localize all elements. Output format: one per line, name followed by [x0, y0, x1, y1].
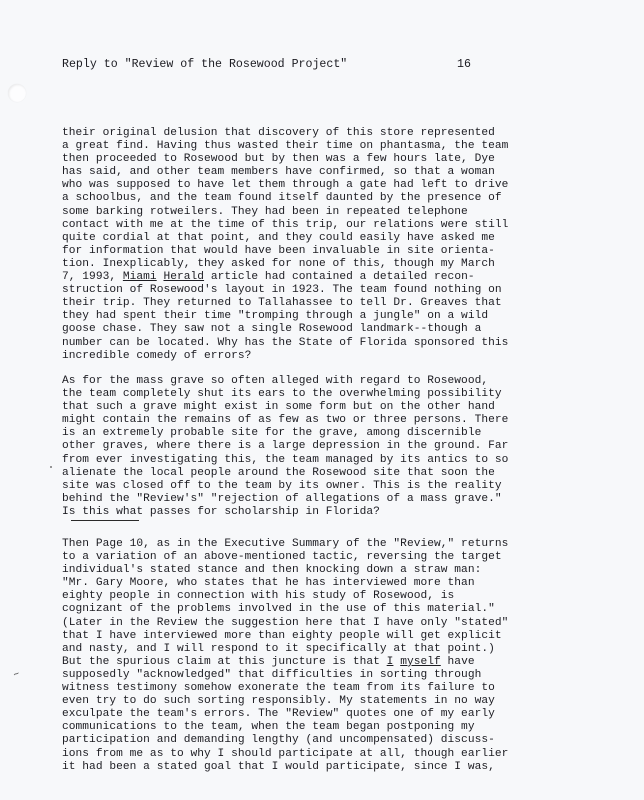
text-line: struction of Rosewood's layout in 1923. …	[62, 284, 508, 297]
text-line: even try to do such sorting responsibly.…	[62, 695, 508, 708]
underlined-text: myself	[400, 656, 441, 668]
text-line: the team completely shut its ears to the…	[62, 388, 508, 401]
document-page: Reply to "Review of the Rosewood Project…	[0, 0, 644, 800]
text-line: behind the "Review's" "rejection of alle…	[62, 493, 508, 506]
text-line: supposedly "acknowledged" that difficult…	[62, 669, 508, 682]
underlined-text: Miami	[123, 271, 157, 283]
text-line: might contain the remains of as few as t…	[62, 414, 508, 427]
margin-dot-mark	[50, 466, 52, 468]
margin-pen-mark: ~	[12, 669, 22, 682]
text-line: witness testimony somehow exonerate the …	[62, 682, 508, 695]
text-line: tion. Inexplicably, they asked for none …	[62, 258, 508, 271]
text-line: Is this what passes for scholarship in F…	[62, 506, 508, 519]
text-line: a schoolbus, and the team found itself d…	[62, 192, 508, 205]
paragraph-page-ten: Then Page 10, as in the Executive Summar…	[62, 538, 508, 774]
text-line: site was closed off to the team by its o…	[62, 480, 508, 493]
text-line: a great find. Having thus wasted their t…	[62, 140, 508, 153]
paragraph-site-visit: their original delusion that discovery o…	[62, 127, 508, 363]
running-header: Reply to "Review of the Rosewood Project…	[62, 57, 347, 73]
text-line: contact with me at the time of this trip…	[62, 219, 508, 232]
text-line: incredible comedy of errors?	[62, 350, 508, 363]
text-line: their original delusion that discovery o…	[62, 127, 508, 140]
underlined-text: Herald	[163, 271, 204, 283]
text-line: other graves, where there is a large dep…	[62, 440, 508, 453]
text-line: that I have interviewed more than eighty…	[62, 630, 508, 643]
text-line: has said, and other team members have co…	[62, 166, 508, 179]
text-line: some barking rotweilers. They had been i…	[62, 206, 508, 219]
punch-hole	[8, 84, 26, 102]
text-line: As for the mass grave so often alleged w…	[62, 375, 508, 388]
text-line: alienate the local people around the Ros…	[62, 467, 508, 480]
text-line: they had spent their time "tromping thro…	[62, 310, 508, 323]
text-line: for information that would have been inv…	[62, 245, 508, 258]
text-line: their trip. They returned to Tallahassee…	[62, 297, 508, 310]
text-line: communications to the team, when the tea…	[62, 721, 508, 734]
text-line: to a variation of an above-mentioned tac…	[62, 551, 508, 564]
underlined-text: I	[387, 656, 394, 668]
text-line: then proceeded to Rosewood but by then w…	[62, 153, 508, 166]
text-line: ions from me as to why I should particip…	[62, 748, 508, 761]
text-line: quite cordial at that point, and they co…	[62, 232, 508, 245]
text-line: participation and demanding lengthy (and…	[62, 734, 508, 747]
text-line: But the spurious claim at this juncture …	[62, 656, 508, 669]
text-line: goose chase. They saw not a single Rosew…	[62, 323, 508, 336]
footnote-separator	[71, 520, 139, 521]
text-line: that such a grave might exist in some fo…	[62, 401, 508, 414]
text-line: is an extremely probable site for the gr…	[62, 427, 508, 440]
text-line: 7, 1993, Miami Herald article had contai…	[62, 271, 508, 284]
text-line: individual's stated stance and then knoc…	[62, 564, 508, 577]
text-line: it had been a stated goal that I would p…	[62, 761, 508, 774]
text-line: Then Page 10, as in the Executive Summar…	[62, 538, 508, 551]
text-line: exculpate the team's errors. The "Review…	[62, 708, 508, 721]
paragraph-mass-grave: As for the mass grave so often alleged w…	[62, 375, 508, 519]
page-number: 16	[457, 57, 471, 73]
text-line: (Later in the Review the suggestion here…	[62, 617, 508, 630]
text-line: "Mr. Gary Moore, who states that he has …	[62, 577, 508, 590]
text-line: number can be located. Why has the State…	[62, 337, 508, 350]
text-line: eighty people in connection with his stu…	[62, 590, 508, 603]
text-line: who was supposed to have let them throug…	[62, 179, 508, 192]
text-line: cognizant of the problems involved in th…	[62, 603, 508, 616]
text-line: from ever investigating this, the team m…	[62, 454, 508, 467]
text-line: and nasty, and I will respond to it spec…	[62, 643, 508, 656]
